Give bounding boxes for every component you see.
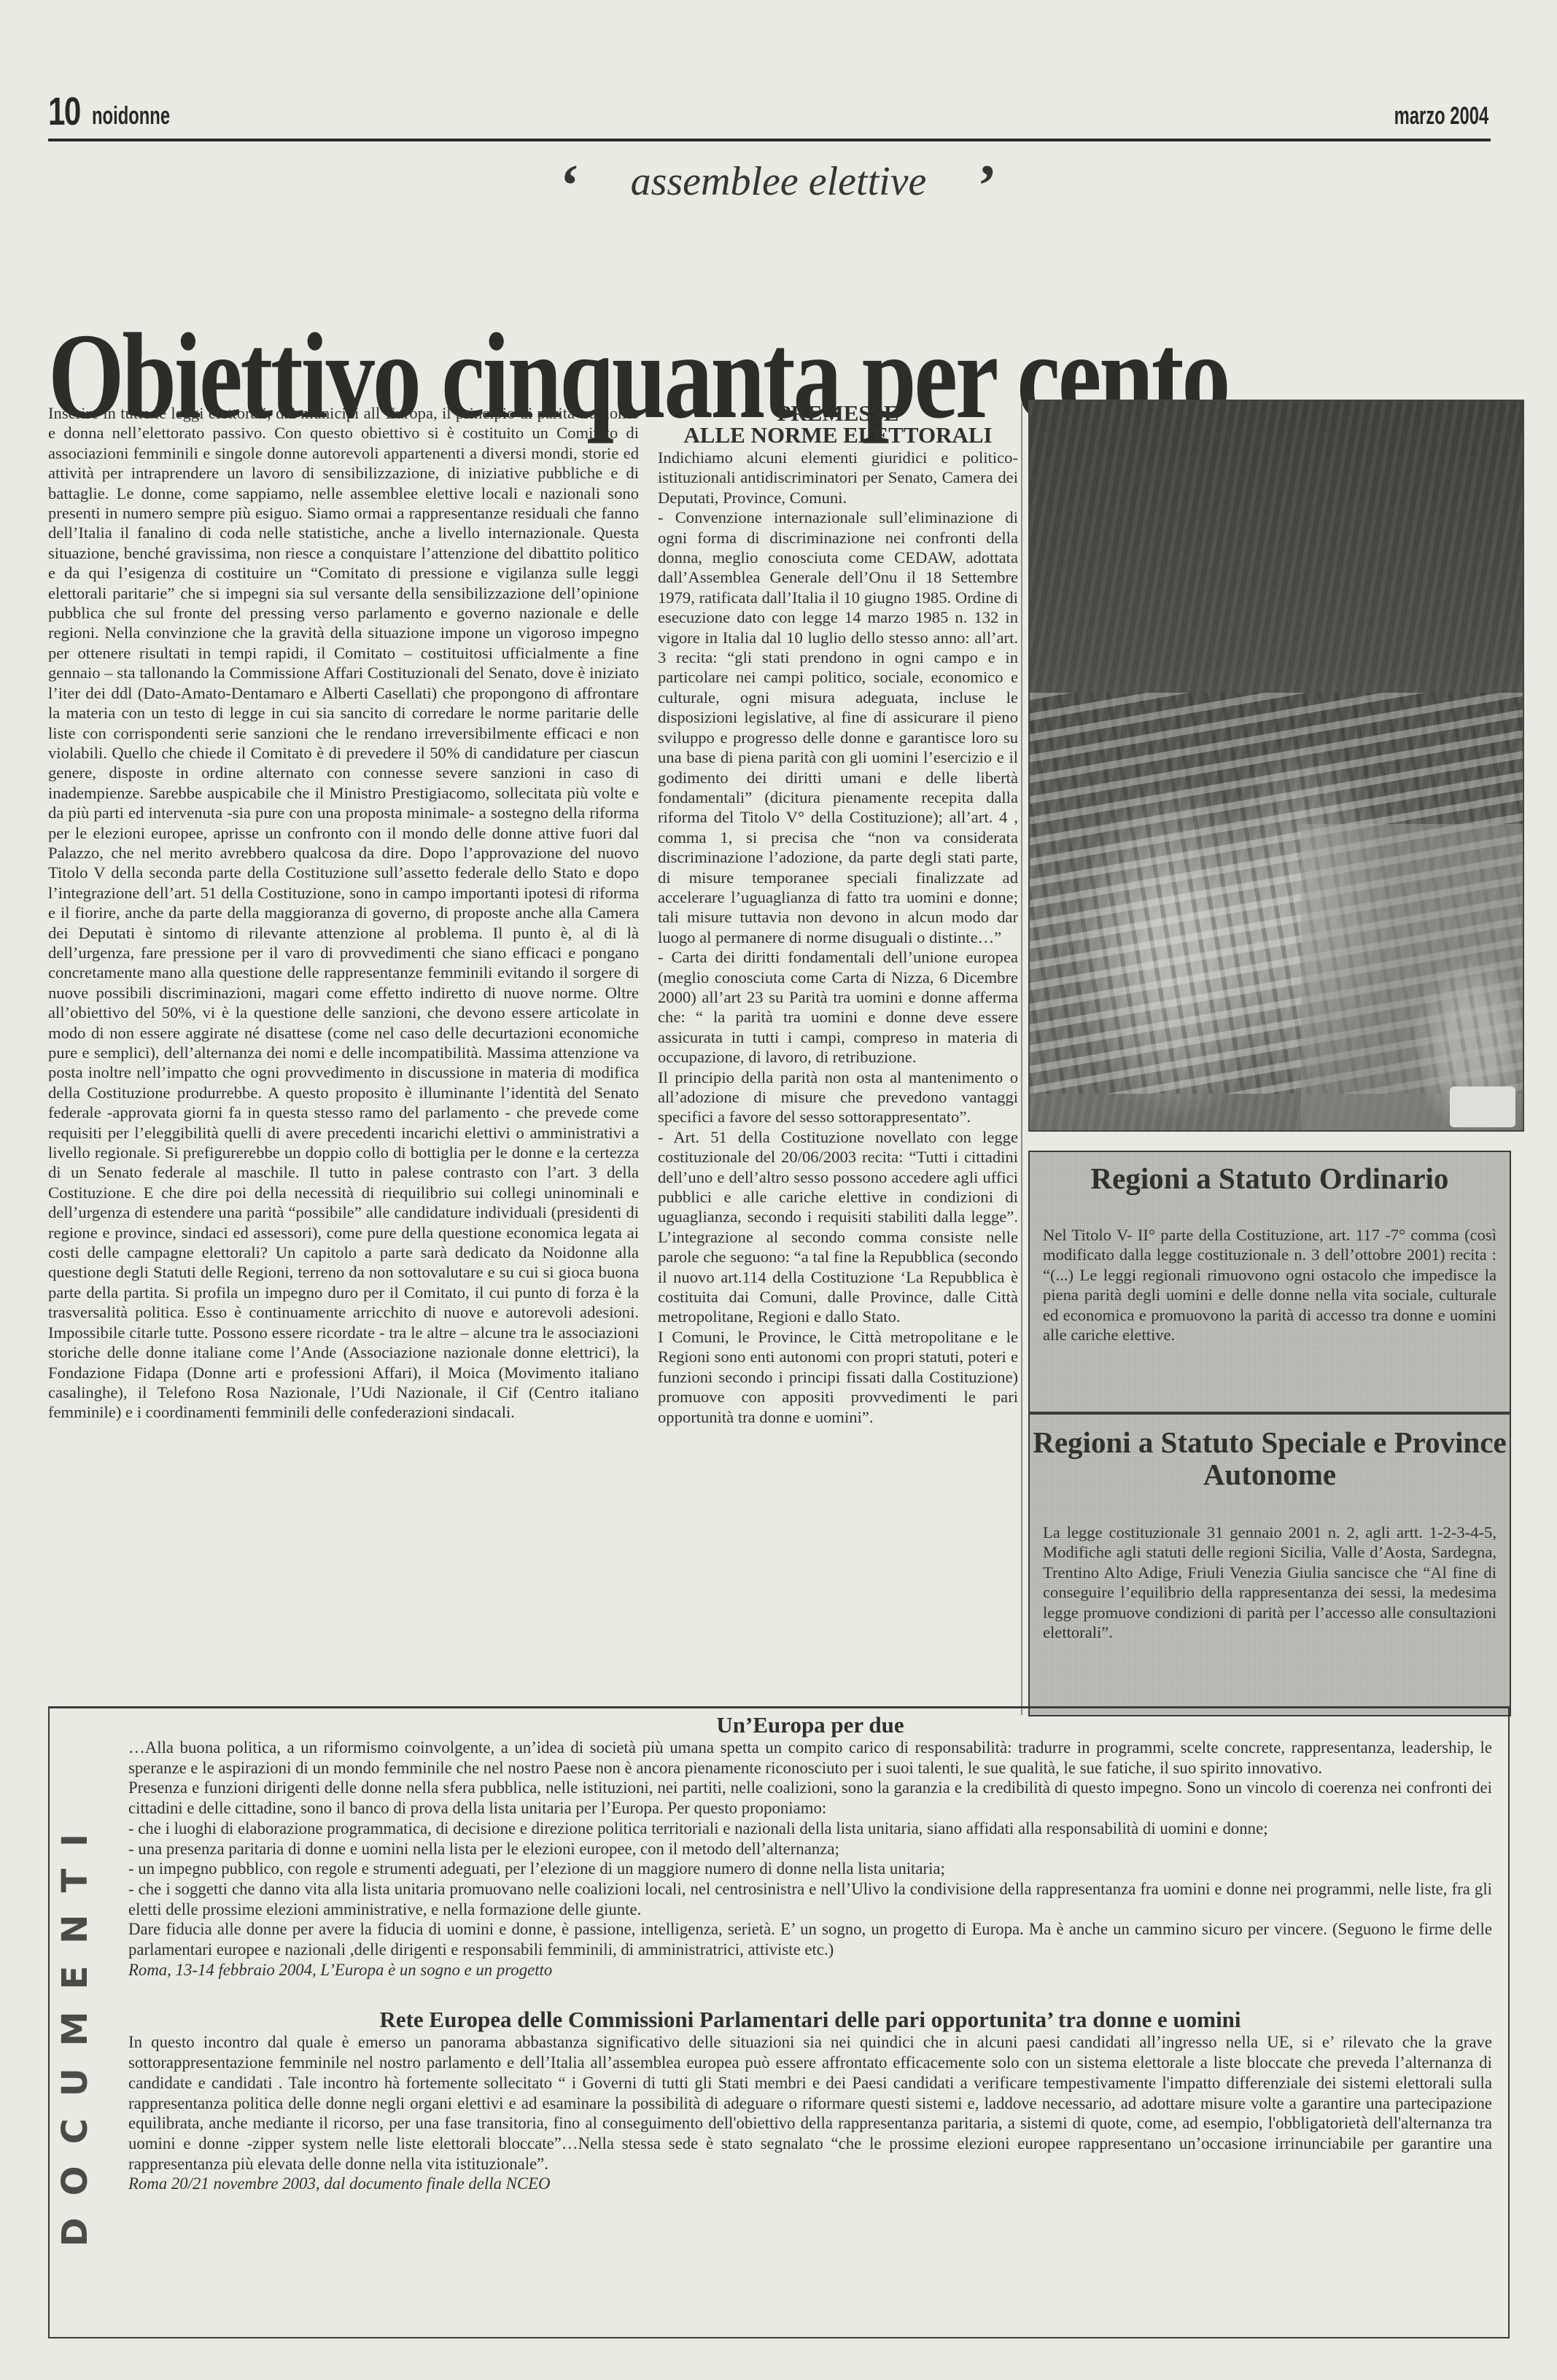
doc-paragraph: - un impegno pubblico, con regole e stru… (128, 1859, 1492, 1879)
doc-paragraph: Presenza e funzioni dirigenti delle donn… (128, 1778, 1492, 1818)
box-title: Regioni a Statuto Speciale e Province Au… (1030, 1426, 1510, 1490)
page-number: 10 (48, 89, 80, 134)
doc-paragraph: Dare fiducia alle donne per avere la fid… (128, 1919, 1492, 1959)
box-text: Nel Titolo V- II° parte della Costituzio… (1030, 1225, 1510, 1345)
doc-paragraph: In questo incontro dal quale è emerso un… (128, 2032, 1492, 2174)
article-body: Inserire in tutte le leggi elettorali, d… (48, 403, 639, 1423)
parliament-chamber-photo (1028, 400, 1524, 1132)
premesse-paragraph: Indichiamo alcuni elementi giuridici e p… (658, 448, 1018, 507)
column-divider (1021, 402, 1022, 1715)
masthead-rule (48, 139, 1491, 141)
premesse-title: PREMESSE ALLE NORME ELETTORALI (658, 402, 1018, 446)
premesse-paragraph: - Convenzione internazionale sull’elimin… (658, 507, 1018, 947)
documenti-content: Un’Europa per due …Alla buona politica, … (128, 1713, 1492, 2194)
documenti-label-text: DOCUMENTI (55, 1812, 96, 2247)
doc-section-title: Un’Europa per due (128, 1713, 1492, 1738)
premesse-column: PREMESSE ALLE NORME ELETTORALI Indichiam… (658, 402, 1018, 1427)
photo-podium (1450, 1086, 1515, 1127)
doc-source: Roma, 13-14 febbraio 2004, L’Europa è un… (128, 1960, 1492, 1980)
premesse-title-line2: ALLE NORME ELETTORALI (683, 422, 992, 448)
doc-paragraph: …Alla buona politica, a un riformismo co… (128, 1738, 1492, 1778)
photo-floor (1301, 824, 1523, 1130)
documenti-side-label: DOCUMENTI (57, 1730, 93, 2328)
doc-source: Roma 20/21 novembre 2003, dal documento … (128, 2174, 1492, 2194)
sidebar-box-statuto-ordinario: Regioni a Statuto Ordinario Nel Titolo V… (1028, 1151, 1511, 1413)
issue-date: marzo 2004 (1394, 102, 1488, 131)
open-quote-icon: ‘ (560, 154, 580, 218)
sidebar-box-statuto-speciale: Regioni a Statuto Speciale e Province Au… (1028, 1413, 1511, 1716)
section-kicker: ‘assemblee elettive’ (0, 153, 1557, 219)
premesse-paragraph: - Carta dei diritti fondamentali dell’un… (658, 947, 1018, 1067)
premesse-paragraph: I Comuni, le Province, le Città metropol… (658, 1327, 1018, 1427)
article-paragraph: Inserire in tutte le leggi elettorali, d… (48, 403, 639, 1423)
doc-paragraph: - una presenza paritaria di donne e uomi… (128, 1839, 1492, 1859)
doc-section-title: Rete Europea delle Commissioni Parlament… (128, 2007, 1492, 2032)
doc-paragraph: - che i luoghi di elaborazione programma… (128, 1819, 1492, 1839)
premesse-paragraph: Il principio della parità non osta al ma… (658, 1067, 1018, 1127)
close-quote-icon: ’ (977, 154, 997, 218)
documenti-box: DOCUMENTI Un’Europa per due …Alla buona … (48, 1706, 1510, 2338)
box-title: Regioni a Statuto Ordinario (1030, 1162, 1510, 1194)
premesse-paragraph: - Art. 51 della Costituzione novellato c… (658, 1127, 1018, 1327)
kicker-text: assemblee elettive (631, 159, 927, 204)
box-text: La legge costituzionale 31 gennaio 2001 … (1030, 1522, 1510, 1642)
doc-paragraph: - che i soggetti che danno vita alla lis… (128, 1879, 1492, 1919)
publication-name: noidonne (92, 102, 170, 131)
